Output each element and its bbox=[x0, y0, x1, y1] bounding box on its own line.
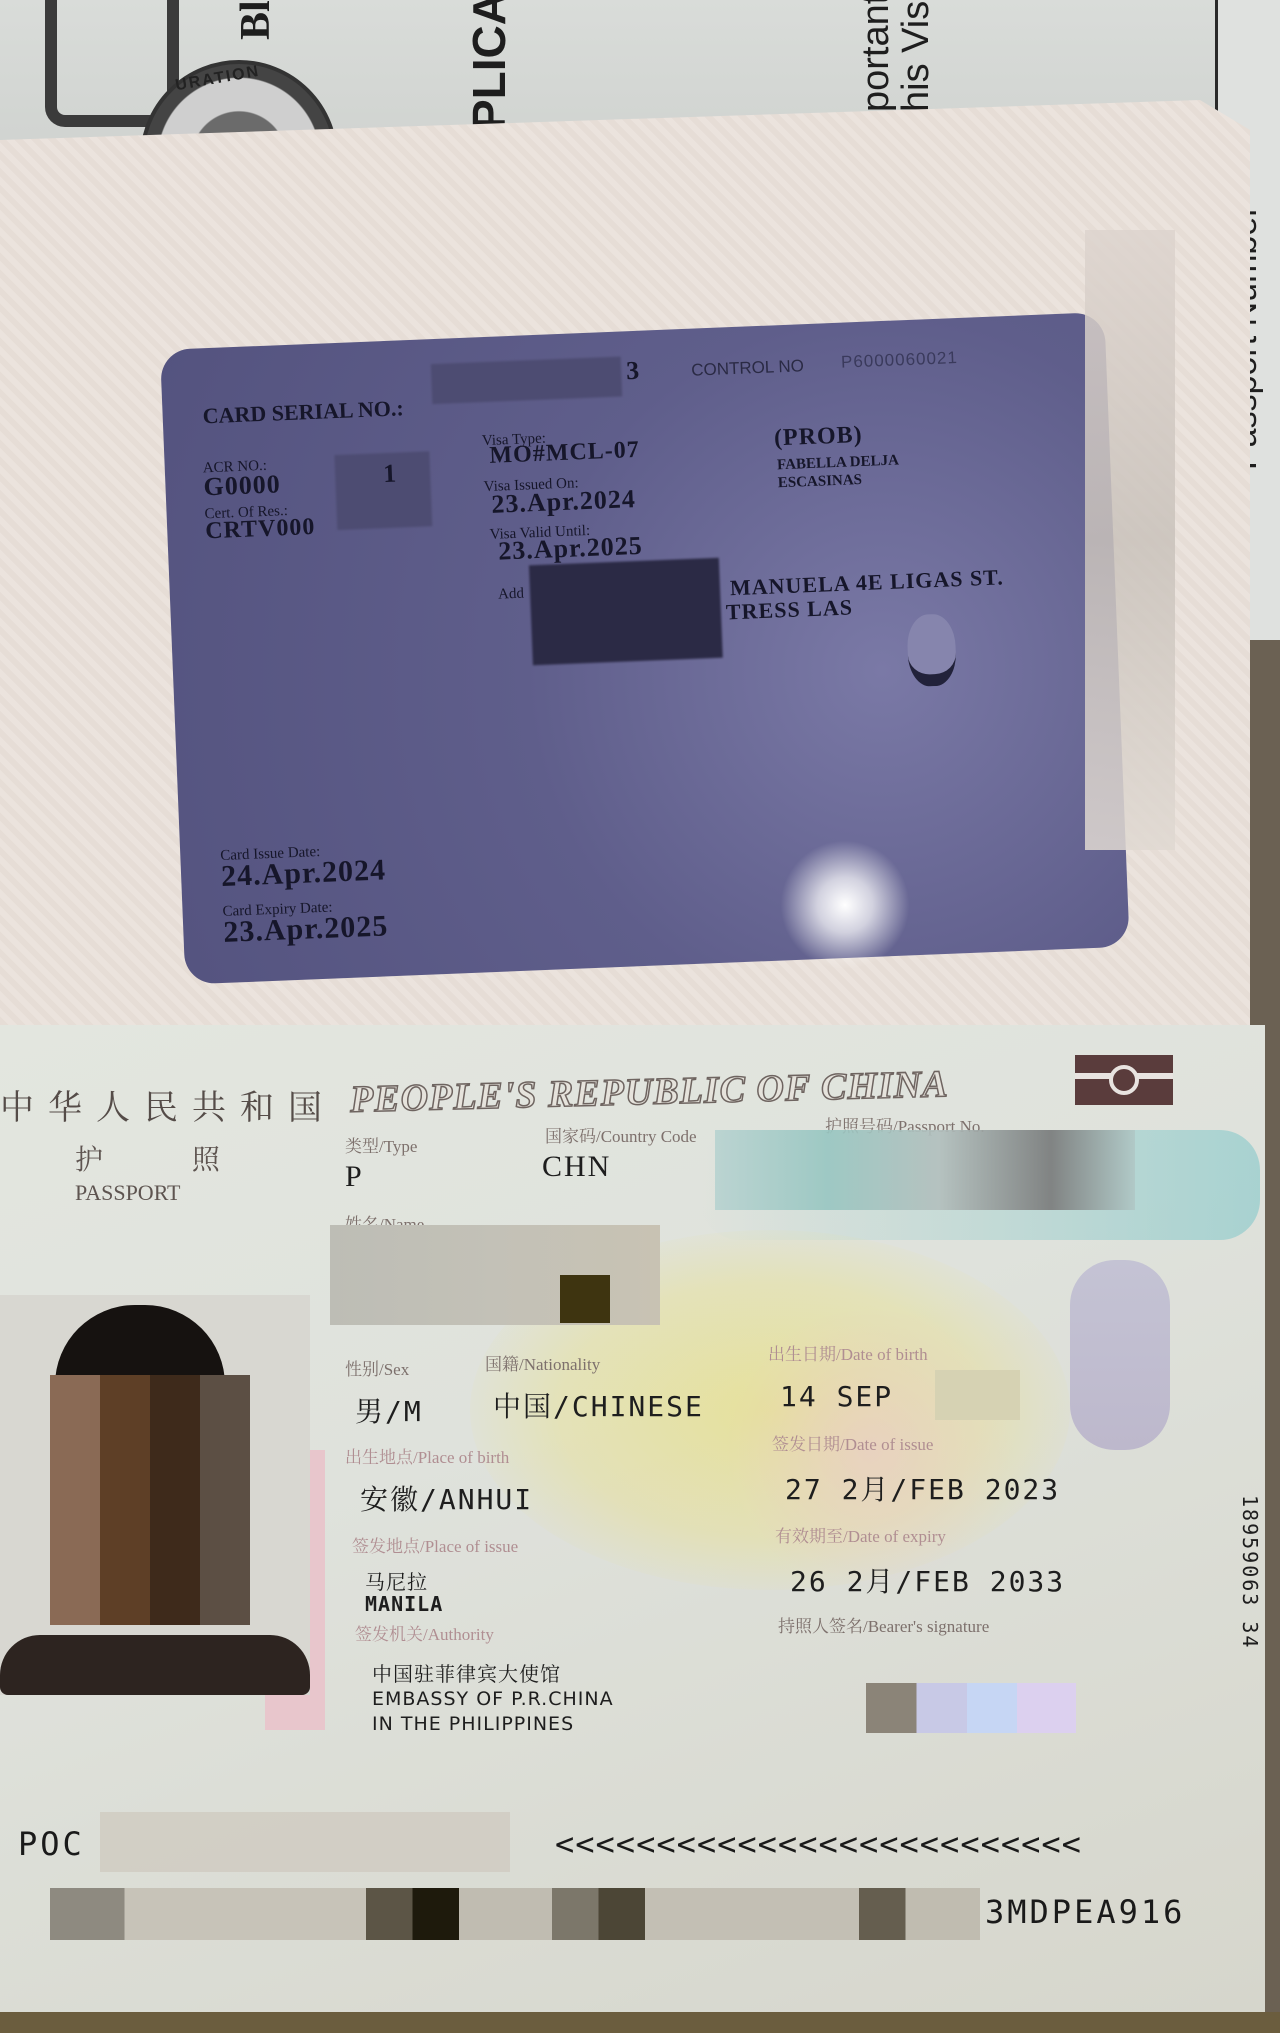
nationality-value: 中国/CHINESE bbox=[493, 1385, 704, 1425]
address-line1: MANUELA 4E LIGAS ST. bbox=[730, 564, 1005, 601]
form-fragment-bl: Bl bbox=[232, 0, 280, 40]
redacted-serial bbox=[431, 357, 622, 405]
acr-no-value: G0000 bbox=[203, 469, 281, 502]
visa-issued-value: 23.Apr.2024 bbox=[491, 484, 636, 520]
place-of-issue-label: 签发地点/Place of issue bbox=[352, 1532, 518, 1557]
passport-cn-label: 护 照 bbox=[75, 1138, 260, 1178]
card-expiry-value: 23.Apr.2025 bbox=[223, 909, 389, 950]
shirt bbox=[0, 1635, 310, 1695]
flash-glare bbox=[780, 840, 910, 970]
card-serial-tail: 3 bbox=[626, 356, 641, 387]
address-line2: TRESS LAS bbox=[725, 594, 853, 625]
place-of-issue-cn: 马尼拉 bbox=[365, 1566, 428, 1595]
status-value: (PROB) bbox=[774, 422, 864, 453]
vertical-serial: 18959063 34 bbox=[1238, 1495, 1262, 1649]
control-no-value: P6000060021 bbox=[841, 348, 959, 373]
acr-no-tail: 1 bbox=[383, 459, 398, 490]
place-of-issue-en: MANILA bbox=[365, 1592, 443, 1616]
signature-label: 持照人签名/Bearer's signature bbox=[778, 1612, 989, 1637]
country-title-cn: 中华人民共和国 bbox=[0, 1080, 336, 1129]
mrz-line1-start: POC bbox=[18, 1825, 85, 1863]
authority-en-line2: IN THE PHILIPPINES bbox=[372, 1713, 574, 1735]
nationality-label: 国籍/Nationality bbox=[485, 1350, 600, 1375]
redacted-strip bbox=[1085, 230, 1175, 850]
date-of-issue-label: 签发日期/Date of issue bbox=[772, 1430, 933, 1455]
sex-label: 性别/Sex bbox=[345, 1355, 409, 1380]
type-label: 类型/Type bbox=[345, 1132, 417, 1157]
officer-line1: FABELLA DELJA bbox=[777, 452, 899, 474]
redacted-passport-no bbox=[715, 1130, 1135, 1210]
country-code-value: CHN bbox=[542, 1150, 611, 1184]
biometric-chip-icon bbox=[1075, 1055, 1173, 1105]
authority-label: 签发机关/Authority bbox=[355, 1620, 494, 1645]
redacted-name bbox=[330, 1225, 660, 1325]
officer-line2: ESCASINAS bbox=[778, 472, 863, 492]
date-of-expiry-value: 26 2月/FEB 2033 bbox=[790, 1560, 1065, 1600]
redaction-block bbox=[560, 1275, 610, 1323]
visa-type-value: MO#MCL-07 bbox=[489, 437, 640, 470]
control-no-label: CONTROL NO bbox=[691, 356, 804, 381]
country-code-label: 国家码/Country Code bbox=[545, 1122, 697, 1147]
card-serial-label: CARD SERIAL NO.: bbox=[202, 395, 404, 429]
ghost-photo-redacted bbox=[1070, 1260, 1170, 1450]
mrz-line2-tail: 3MDPEA916 bbox=[985, 1893, 1185, 1931]
cert-res-value: CRTV000 bbox=[205, 514, 316, 545]
form-fragment-visa: his Visa bbox=[895, 0, 938, 112]
form-fragment-application: PLICATI bbox=[462, 0, 516, 130]
place-of-birth-label: 出生地点/Place of birth bbox=[345, 1443, 509, 1468]
form-fragment-important: portant bbox=[855, 0, 898, 112]
acr-i-card: CARD SERIAL NO.: 3 CONTROL NO P600006002… bbox=[160, 312, 1130, 984]
place-of-birth-value: 安徽/ANHUI bbox=[360, 1478, 533, 1518]
dob-value: 14 SEP bbox=[780, 1380, 893, 1413]
face-pixelated bbox=[50, 1375, 250, 1625]
redacted-mrz-line2 bbox=[50, 1888, 980, 1940]
redacted-dob-year bbox=[935, 1370, 1020, 1420]
date-of-expiry-label: 有效期至/Date of expiry bbox=[775, 1522, 946, 1547]
date-of-issue-value: 27 2月/FEB 2023 bbox=[785, 1468, 1060, 1508]
redacted-address bbox=[529, 558, 723, 666]
holder-photo bbox=[0, 1295, 310, 1695]
mrz-line1-filler: <<<<<<<<<<<<<<<<<<<<<<<<<< bbox=[555, 1825, 1082, 1863]
authority-cn: 中国驻菲律宾大使馆 bbox=[372, 1658, 561, 1687]
ghost-photo bbox=[906, 613, 957, 687]
type-value: P bbox=[345, 1160, 364, 1194]
passport-bottom-edge bbox=[0, 2012, 1280, 2033]
card-issue-value: 24.Apr.2024 bbox=[221, 853, 387, 894]
authority-en-line1: EMBASSY OF P.R.CHINA bbox=[372, 1688, 614, 1710]
passport-en-label: PASSPORT bbox=[75, 1180, 181, 1206]
redacted-signature bbox=[866, 1683, 1076, 1733]
redacted-mrz-line1 bbox=[100, 1812, 510, 1872]
sex-value: 男/M bbox=[355, 1390, 423, 1430]
address-label: Add bbox=[498, 586, 525, 604]
dob-label: 出生日期/Date of birth bbox=[768, 1340, 928, 1365]
